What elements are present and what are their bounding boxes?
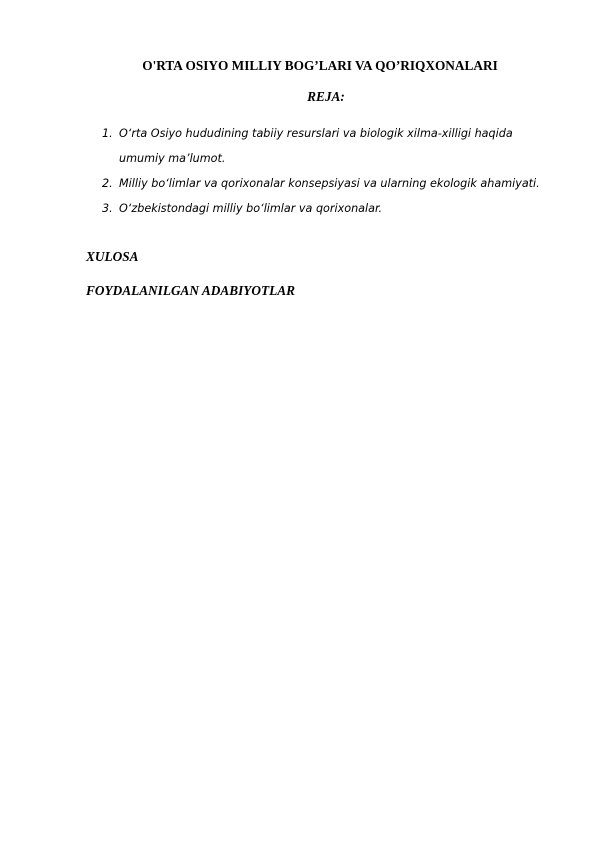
plan-item-number: 3. [102, 196, 113, 221]
document-page: O'RTA OSIYO MILLIY BOG’LARI VA QO’RIQXON… [0, 0, 596, 842]
document-title: O'RTA OSIYO MILLIY BOG’LARI VA QO’RIQXON… [0, 58, 596, 74]
plan-heading: REJA: [0, 89, 596, 105]
plan-item: 3. O‘zbekistondagi milliy bo‘limlar va q… [102, 196, 542, 221]
plan-list: 1. O‘rta Osiyo hududining tabiiy resursl… [102, 121, 542, 221]
plan-item-text: Milliy bo‘limlar va qorixonalar konsepsi… [119, 177, 540, 190]
plan-item: 1. O‘rta Osiyo hududining tabiiy resursl… [102, 121, 542, 171]
plan-item-number: 2. [102, 171, 113, 196]
plan-item-number: 1. [102, 121, 113, 146]
references-heading: FOYDALANILGAN ADABIYOTLAR [86, 283, 295, 299]
plan-item: 2. Milliy bo‘limlar va qorixonalar konse… [102, 171, 542, 196]
plan-item-text: O‘zbekistondagi milliy bo‘limlar va qori… [119, 202, 382, 215]
plan-item-text: O‘rta Osiyo hududining tabiiy resurslari… [119, 127, 513, 165]
conclusion-heading: XULOSA [86, 249, 138, 265]
